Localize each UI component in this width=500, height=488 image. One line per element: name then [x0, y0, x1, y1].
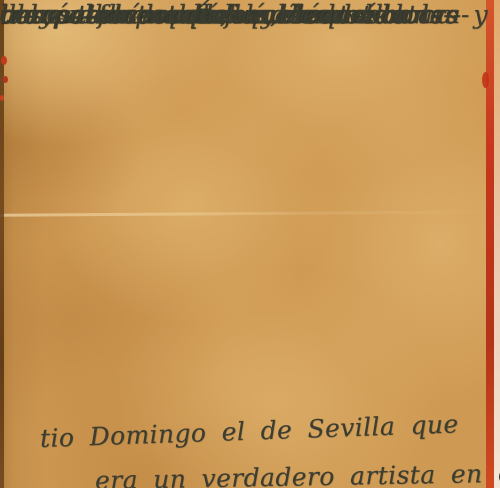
red-ink-speck [1, 56, 7, 65]
letter-scan: 2 tio Domingo el de Sevilla que era un v… [0, 0, 500, 488]
red-ink-speck [482, 72, 489, 88]
handwriting-line: era un verdadero artista en obras [95, 458, 500, 488]
red-ink-speck [3, 76, 8, 83]
paper-left-edge [0, 0, 4, 488]
paper-crease [0, 210, 500, 216]
scan-background-strip [494, 0, 500, 488]
red-ink-speck [0, 95, 4, 101]
handwriting-line: tio Domingo el de Sevilla que [39, 409, 459, 453]
handwriting-line-partial: hace tiempo que [0, 0, 230, 29]
